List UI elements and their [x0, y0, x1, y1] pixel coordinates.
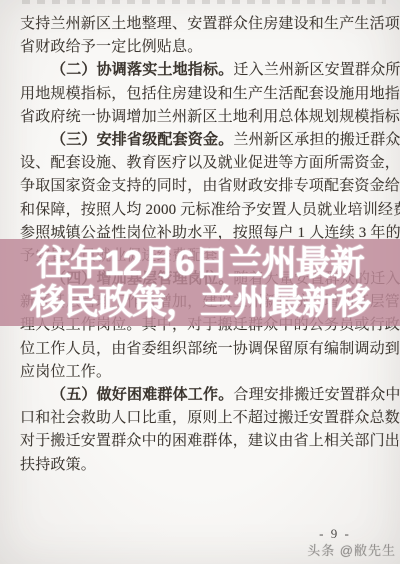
document-line: 用地规模指标，包括住房建设和生产生活配套设施用地指标，由: [20, 83, 394, 106]
promo-overlay-banner: 往年12月6日兰州最新 移民政策，兰州最新移: [0, 239, 400, 326]
document-line: 争取国家资金支持的同时，由省财政安排专项配套资金给予扶持: [20, 175, 394, 198]
cropped-line-remnant: [22, 0, 386, 4]
toutiao-watermark: 头条 @敝先生: [307, 540, 396, 559]
document-line: 口和社会救助人口比重，原则上不超过搬迁安置群众总数的 10%。: [20, 407, 394, 430]
overlay-title-line2: 移民政策，兰州最新移: [0, 283, 400, 322]
document-line-section-2: （二）协调落实土地指标。迁入兰州新区安置群众所需建设: [20, 59, 394, 82]
document-line: 省财政给予一定比例贴息。: [20, 36, 394, 59]
document-line-section-5: （五）做好困难群体工作。合理安排搬迁安置群众中贫困人: [20, 384, 394, 407]
document-line: 应岗位工作。: [20, 361, 394, 384]
document-line: 支持兰州新区土地整理、安置群众住房建设和生产生活项目建设，: [20, 13, 394, 36]
document-line: 对于搬迁安置群众中的困难群体，建议由省上相关部门出台专门: [20, 430, 394, 453]
document-line: 设、配套设施、教育医疗以及就业促进等方面所需资金，在积极: [20, 152, 394, 175]
overlay-title-line1: 往年12月6日兰州最新: [0, 244, 400, 283]
document-line: 扶持政策。: [20, 454, 394, 477]
document-line-section-3: （三）安排省级配套资金。兰州新区承担的搬迁群众住房建: [20, 129, 394, 152]
document-line: 和保障，按照人均 2000 元标准给予安置人员就业培训经费配套，: [20, 199, 394, 222]
document-line: 省政府统一协调增加兰州新区土地利用总体规划规模指标。: [20, 106, 394, 129]
page-number: - 9 -: [298, 527, 372, 541]
document-line: 位工作人员，由省委组织部统一协调保留原有编制调动到新区相: [20, 338, 394, 361]
document-photo: 支持兰州新区土地整理、安置群众住房建设和生产生活项目建设， 省财政给予一定比例贴…: [0, 0, 400, 564]
